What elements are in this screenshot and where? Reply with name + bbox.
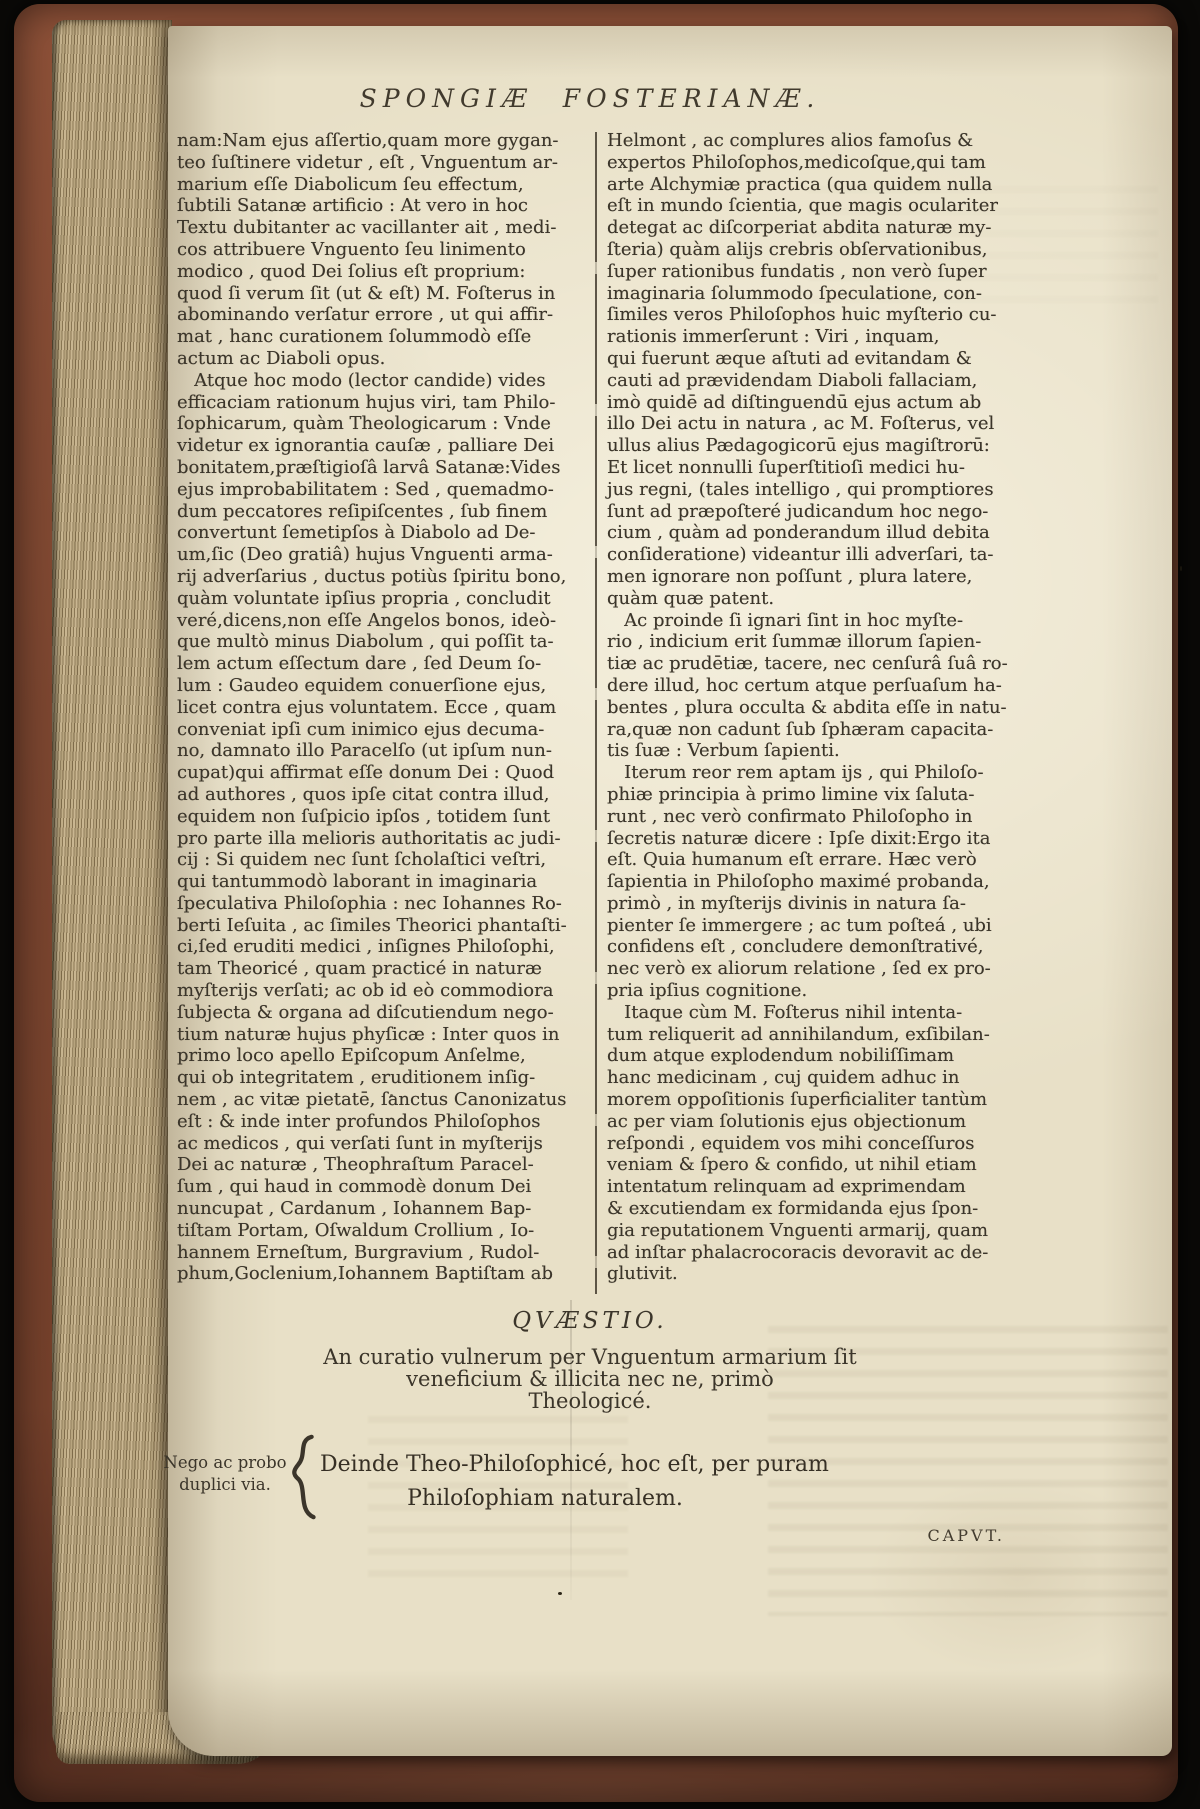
text-line: ſubjecta & organa ad diſcutiendum nego- <box>177 1002 591 1024</box>
text-line: eſt. Quia humanum eſt errare. Hæc verò <box>607 849 1005 871</box>
text-line: quàm voluntate ipſius propria , concludi… <box>177 588 591 610</box>
text-line: expertos Philoſophos,medicoſque,qui tam <box>607 152 1005 174</box>
text-line: pro parte illa melioris authoritatis ac … <box>177 828 591 850</box>
dilemma-label: Nego ac proboduplici via. <box>160 1452 290 1496</box>
text-line: tiæ ac prudētiæ, tacere, nec cenſurâ ſuâ… <box>607 653 1005 675</box>
text-line: pienter ſe immergere ; ac tum poſteá , u… <box>607 915 1005 937</box>
question-text: An curatio vulnerum per Vnguentum armari… <box>177 1344 1003 1409</box>
text-line: ſum , qui haud in commodè donum Dei <box>177 1176 591 1198</box>
text-line: ad inſtar phalacrocoracis devoravit ac d… <box>607 1242 1005 1264</box>
text-line: eſt : & inde inter profundos Philoſophos <box>177 1111 591 1133</box>
text-line: cauti ad prævidendam Diaboli fallaciam, <box>607 370 1005 392</box>
running-header: SPONGIÆ FOSTERIANÆ. <box>177 84 1003 113</box>
text-line: que multò minus Diabolum , qui poſſit ta… <box>177 631 591 653</box>
column-divider-rule <box>595 132 597 1294</box>
text-line: veneficium & illicita nec ne, primò <box>177 1366 1003 1388</box>
text-line: hanc medicinam , cuj quidem adhuc in <box>607 1067 1005 1089</box>
text-line: ad authores , quos ipſe citat contra ill… <box>177 784 591 806</box>
text-line: Nego ac probo <box>160 1452 290 1474</box>
text-line: Iterum reor rem aptam ijs , qui Philoſo- <box>607 762 1005 784</box>
text-line: ac per viam ſolutionis ejus objectionum <box>607 1111 1005 1133</box>
text-line: ci,ſed eruditi medici , inſignes Philoſo… <box>177 936 591 958</box>
text-line: teo ſuſtinere videtur , eſt , Vnguentum … <box>177 152 591 174</box>
text-line: dere illud, hoc certum atque perſuaſum h… <box>607 675 1005 697</box>
text-line: qui fuerunt æque aſtuti ad evitandam & <box>607 348 1005 370</box>
text-line: no, damnato illo Paracelſo (ut ipſum nun… <box>177 740 591 762</box>
catchword: CAPVT. <box>177 1526 1005 1545</box>
text-line: videtur ex ignorantia cauſæ , palliare D… <box>177 435 591 457</box>
text-line: efficaciam rationum hujus viri, tam Phil… <box>177 392 591 414</box>
text-line: cij : Si quidem nec ſunt ſcholaſtici veſ… <box>177 849 591 871</box>
text-line: Et licet nonnulli ſuperſtitioſi medici h… <box>607 457 1005 479</box>
text-line: jus regni, (tales intelligo , qui prompt… <box>607 479 1005 501</box>
text-line: intentatum relinquam ad exprimendam <box>607 1176 1005 1198</box>
text-line: ſophicarum, quàm Theologicarum : Vnde <box>177 413 591 435</box>
text-line: actum ac Diaboli opus. <box>177 348 591 370</box>
text-line: conſideratione) videantur illi adverſari… <box>607 544 1005 566</box>
text-line: quod ſi verum ſit (ut & eſt) M. Foſterus… <box>177 283 591 305</box>
text-line: arte Alchymiæ practica (qua quidem nulla <box>607 174 1005 196</box>
text-line: Helmont , ac complures alios famoſus & <box>607 130 1005 152</box>
text-line: ſpeculativa Philoſophia : nec Iohannes R… <box>177 893 591 915</box>
text-line: An curatio vulnerum per Vnguentum armari… <box>177 1344 1003 1366</box>
text-line: cos attribuere Vnguento ſeu linimento <box>177 239 591 261</box>
text-line: ullus alius Pædagogicorū ejus magiſtrorū… <box>607 435 1005 457</box>
text-line: phiæ principia à primo limine vix ſaluta… <box>607 784 1005 806</box>
text-line: berti Ieſuita , ac ſimiles Theorici phan… <box>177 915 591 937</box>
text-line: veré,dicens,non eſſe Angelos bonos, ideò… <box>177 610 591 632</box>
text-line: Dei ac naturæ , Theophraſtum Paracel- <box>177 1154 591 1176</box>
text-line: ac medicos , qui verſati ſunt in myſteri… <box>177 1133 591 1155</box>
text-line: glutivit. <box>607 1263 1005 1285</box>
text-line: convertunt ſemetipſos à Diabolo ad De- <box>177 522 591 544</box>
text-line: imaginaria ſolummodo ſpeculatione, con- <box>607 283 1005 305</box>
text-line: primo loco apello Epiſcopum Anſelme, <box>177 1045 591 1067</box>
text-line: eſt in mundo ſcientia, que magis oculari… <box>607 195 1005 217</box>
page-edges-stack <box>52 20 172 1764</box>
text-line: nuncupat , Cardanum , Iohannem Bap- <box>177 1198 591 1220</box>
text-line: ſecretis naturæ dicere : Ipſe dixit:Ergo… <box>607 828 1005 850</box>
text-line: lum : Gaudeo equidem conuerſione ejus, <box>177 675 591 697</box>
text-line: imò quidē ad diſtinguendū ejus actum ab <box>607 392 1005 414</box>
text-line: modico , quod Dei ſolius eſt proprium: <box>177 261 591 283</box>
text-line: ra,quæ non cadunt ſub ſphæram capacita- <box>607 719 1005 741</box>
text-line: Atque hoc modo (lector candide) vides <box>177 370 591 392</box>
text-line: myſterijs verſati; ac ob id eò commodior… <box>177 980 591 1002</box>
text-line: ſubtili Satanæ artificio : At vero in ho… <box>177 195 591 217</box>
text-column-left: nam:Nam ejus aſſertio,quam more gygan-te… <box>177 130 591 1285</box>
text-line: runt , nec verò confirmato Philoſopho in <box>607 806 1005 828</box>
text-column-right: Helmont , ac complures alios famoſus &ex… <box>607 130 1005 1285</box>
text-line: veniam & ſpero & confido, ut nihil etiam <box>607 1154 1005 1176</box>
text-line: tum reliquerit ad annihilandum, exſibila… <box>607 1024 1005 1046</box>
text-line: illo Dei actu in natura , ac M. Foſterus… <box>607 413 1005 435</box>
text-line: detegat ac diſcorperiat abdita naturæ my… <box>607 217 1005 239</box>
text-line: lem actum eſſectum dare , ſed Deum ſo- <box>177 653 591 675</box>
text-line: reſpondi , equidem vos mihi conceſſuros <box>607 1133 1005 1155</box>
text-line: Itaque cùm M. Foſterus nihil intenta- <box>607 1002 1005 1024</box>
question-heading: QVÆSTIO. <box>177 1308 1003 1334</box>
text-line: morem oppoſitionis ſuperficialiter tantù… <box>607 1089 1005 1111</box>
text-line: Theologicé. <box>177 1388 1003 1410</box>
text-line: ejus improbabilitatem : Sed , quemadmo- <box>177 479 591 501</box>
text-line: licet contra ejus voluntatem. Ecce , qua… <box>177 697 591 719</box>
text-line: dum atque explodendum nobiliſſimam <box>607 1045 1005 1067</box>
ink-speck <box>558 1592 562 1595</box>
text-line: duplici via. <box>160 1474 290 1496</box>
book-photo: SPONGIÆ FOSTERIANÆ. nam:Nam ejus aſſerti… <box>0 0 1200 1809</box>
text-line: Ac proinde ſi ignari ſint in hoc myſte- <box>607 610 1005 632</box>
text-line: tam Theoricé , quam practicé in naturæ <box>177 958 591 980</box>
text-line: ſimiles veros Philoſophos huic myſterio … <box>607 304 1005 326</box>
text-line: nec verò ex aliorum relatione , ſed ex p… <box>607 958 1005 980</box>
text-line: rationis immerſerunt : Viri , inquam, <box>607 326 1005 348</box>
text-line: gia reputationem Vnguenti armarij, quam <box>607 1220 1005 1242</box>
dilemma-branch-line: Deinde Theo-Philoſophicé, hoc eſt, per p… <box>320 1452 920 1477</box>
text-line: rij adverſarius , ductus potiùs ſpiritu … <box>177 566 591 588</box>
text-line: pria ipſius cognitione. <box>607 980 1005 1002</box>
ink-speck <box>1180 566 1182 571</box>
text-line: primò , in myſterijs divinis in natura ſ… <box>607 893 1005 915</box>
text-line: & excutiendam ex formidanda ejus ſpon- <box>607 1198 1005 1220</box>
text-line: rio , indicium erit ſummæ illorum ſapien… <box>607 631 1005 653</box>
text-line: mat , hanc curationem ſolummodò eſſe <box>177 326 591 348</box>
text-line: Textu dubitanter ac vacillanter ait , me… <box>177 217 591 239</box>
text-line: ſteria) quàm alijs crebris obſervationib… <box>607 239 1005 261</box>
text-line: ſuper rationibus fundatis , non verò ſup… <box>607 261 1005 283</box>
text-line: nem , ac vitæ pietatē, ſanctus Canonizat… <box>177 1089 591 1111</box>
text-line: qui tantummodò laborant in imaginaria <box>177 871 591 893</box>
text-line: abominando verſatur errore , ut qui affi… <box>177 304 591 326</box>
text-line: bentes , plura occulta & abdita eſſe in … <box>607 697 1005 719</box>
text-line: qui ob integritatem , eruditionem inſig- <box>177 1067 591 1089</box>
text-line: ſunt ad præpoſteré judicandum hoc nego- <box>607 501 1005 523</box>
text-line: cium , quàm ad ponderandum illud debita <box>607 522 1005 544</box>
text-line: tiſtam Portam, Oſwaldum Crollium , Io- <box>177 1220 591 1242</box>
text-line: men ignorare non poſſunt , plura latere, <box>607 566 1005 588</box>
curly-brace-icon <box>288 1434 318 1520</box>
text-line: cupat)qui affirmat eſſe donum Dei : Quod <box>177 762 591 784</box>
text-line: quàm quæ patent. <box>607 588 1005 610</box>
text-line: hannem Erneſtum, Burgravium , Rudol- <box>177 1242 591 1264</box>
text-line: marium eſſe Diabolicum ſeu effectum, <box>177 174 591 196</box>
text-line: equidem non ſuſpicio ipſos , totidem ſun… <box>177 806 591 828</box>
text-line: tis ſuæ : Verbum ſapienti. <box>607 740 1005 762</box>
text-line: nam:Nam ejus aſſertio,quam more gygan- <box>177 130 591 152</box>
text-line: um,ſic (Deo gratiâ) hujus Vnguenti arma- <box>177 544 591 566</box>
text-line: tium naturæ hujus phyſicæ : Inter quos i… <box>177 1024 591 1046</box>
text-line: conveniat ipſi cum inimico ejus decuma- <box>177 719 591 741</box>
text-line: dum peccatores reſipiſcentes , ſub finem <box>177 501 591 523</box>
text-line: ſapientia in Philoſopho maximé probanda, <box>607 871 1005 893</box>
dilemma-branch-line: Philoſophiam naturalem. <box>320 1486 770 1511</box>
text-line: confidens eſt , concludere demonſtrativé… <box>607 936 1005 958</box>
text-line: bonitatem,præſtigioſâ larvâ Satanæ:Vides <box>177 457 591 479</box>
text-line: phum,Goclenium,Iohannem Baptiſtam ab <box>177 1263 591 1285</box>
